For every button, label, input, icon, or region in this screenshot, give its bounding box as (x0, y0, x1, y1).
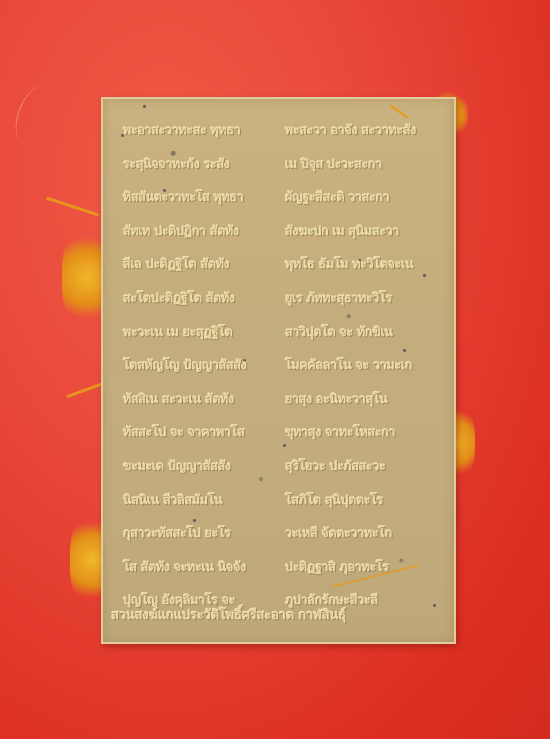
inscription-line: นิสนิเน สีวลิสมัมโน (123, 483, 288, 517)
inscription-line: ทิสสันตะวาทะโส พุทธา (123, 180, 288, 214)
inscription-line: สังฆะปก เม สุนิมสะวา (285, 214, 450, 248)
background-scratch (9, 82, 59, 149)
inscription-left-column: พะอาสะวาทะสะ พุทธา ระสุนิจจาทะกัง ระสัง … (123, 113, 288, 617)
inscription-line: ทัสสิเน สะวะเน สัตทัง (123, 382, 288, 416)
inscription-line: สาวิปุตโต จะ ทักขิเน (285, 315, 450, 349)
inscription-line: พะวะเน เม ยะสุฏฐิโต (123, 315, 288, 349)
inscription-line: พะอาสะวาทะสะ พุทธา (123, 113, 288, 147)
inscription-line: ทัสสะโป จะ จาคาพาโส (123, 415, 288, 449)
inscription-line: ยูเร ภัททะสุธาทะวิโร (285, 281, 450, 315)
inscription-line: กุสาวะทัสสะโป ยะโร (123, 516, 288, 550)
inscription-line: ระสุนิจจาทะกัง ระสัง (123, 147, 288, 181)
inscription-line: เม ปิจุส ปะวะสะกา (285, 147, 450, 181)
inscription-line: โสภิโต สุนิปุตตะโร (285, 483, 450, 517)
inscription-line: ยาสุง อะนิทะวาสุโน (285, 382, 450, 416)
inscription-line: ผัญฐะสีสะติ วาสะกา (285, 180, 450, 214)
inscription-line: สัทเท ปะติปฏิกา สัตทัง (123, 214, 288, 248)
inscription-footer: สวนสงฆ์แกแประวัติโพธิ์ศรีสะอาด กาฬสินธุ์ (111, 601, 448, 631)
inscription-line: สะโตปะติฏฐิโต สัตทัง (123, 281, 288, 315)
inscription-line: โส สัตทัง จะทะเน นิจจัง (123, 550, 288, 584)
inscription-line: ขุทาสุง จาทะโหสะกา (285, 415, 450, 449)
thread-left-top (46, 197, 99, 217)
inscription-line: โมคคัลลาโน จะ วามะเก (285, 348, 450, 382)
inscription-right-column: พะสะวา อาจัง สะวาทะสัง เม ปิจุส ปะวะสะกา… (285, 113, 450, 617)
inscription-line: พุทโธ ธัมโม ทะวิโตจะเน (285, 247, 450, 281)
inscription-line: ขะมะเด ปัญญาสัสสัง (123, 449, 288, 483)
inscription-line: พะสะวา อาจัง สะวาทะสัง (285, 113, 450, 147)
inscription-line: โตสหัญโญ ปัญญาสัสสัง (123, 348, 288, 382)
inscription-line: สีเล ปะติฏฐิโต สัตทัง (123, 247, 288, 281)
amulet-tablet: พะอาสะวาทะสะ พุทธา ระสุนิจจาทะกัง ระสัง … (101, 97, 456, 644)
inscription-line: วะเหสี จัตตะวาทะโก (285, 516, 450, 550)
inscription-line: สุริโยวะ ปะภัสสะวะ (285, 449, 450, 483)
